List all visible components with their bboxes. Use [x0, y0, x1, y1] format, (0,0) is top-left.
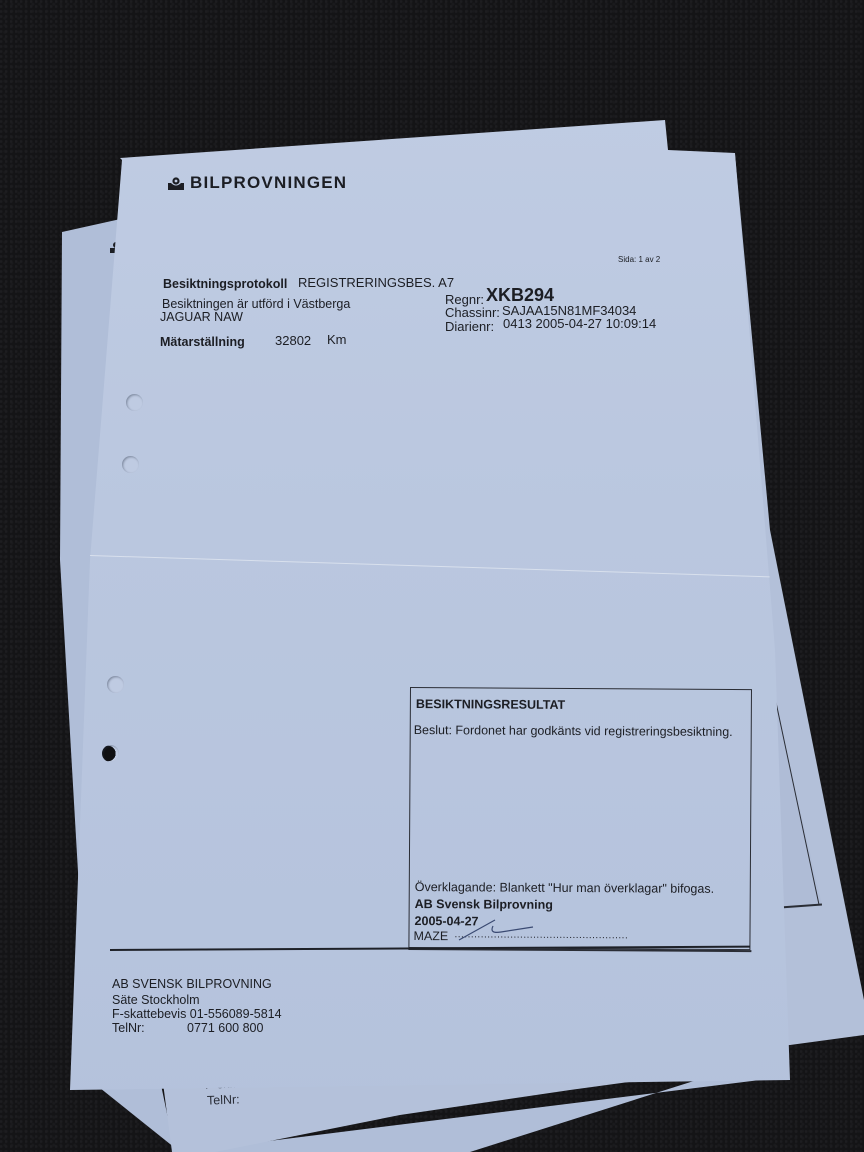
footer-tax-cert: F-skattebevis 01-556089-5814 [112, 1007, 282, 1021]
inspection-location: Besiktningen är utförd i Västberga [162, 297, 350, 311]
chassis-label: Chassinr: [445, 305, 500, 320]
footer-company: AB SVENSK BILPROVNING [112, 977, 272, 991]
footer-phone-value: 0771 600 800 [187, 1021, 263, 1035]
result-decision: Beslut: Fordonet har godkänts vid regist… [414, 723, 733, 739]
diary-value: 0413 2005-04-27 10:09:14 [503, 316, 656, 331]
diary-label: Diarienr: [445, 319, 494, 334]
inspection-result-box: BESIKTNINGSRESULTAT Beslut: Fordonet har… [408, 687, 752, 950]
bilprovningen-logo-icon [168, 176, 184, 190]
back-sheet-phone-label: TelNr: [207, 1092, 240, 1107]
result-title: BESIKTNINGSRESULTAT [416, 697, 565, 712]
punch-hole [122, 456, 139, 473]
protocol-label: Besiktningsprotokoll [163, 277, 287, 291]
issuer-name: AB Svensk Bilprovning [415, 897, 553, 912]
vehicle-model: JAGUAR NAW [160, 310, 243, 324]
odometer-unit: Km [327, 332, 347, 347]
page-indicator: Sida: 1 av 2 [618, 255, 660, 264]
punch-hole [126, 394, 143, 411]
odometer-value: 32802 [275, 333, 311, 348]
footer-phone-label: TelNr: [112, 1021, 145, 1035]
footer-seat: Säte Stockholm [112, 993, 200, 1007]
appeal-note: Överklagande: Blankett "Hur man överklag… [415, 880, 714, 896]
handwritten-signature [455, 912, 545, 942]
brand-name: BILPROVNINGEN [190, 173, 347, 193]
inspector-code: MAZE [413, 929, 448, 943]
protocol-type: REGISTRERINGSBES. A7 [298, 275, 454, 290]
odometer-label: Mätarställning [160, 335, 245, 349]
punch-hole-open [102, 745, 119, 762]
punch-hole [107, 676, 124, 693]
